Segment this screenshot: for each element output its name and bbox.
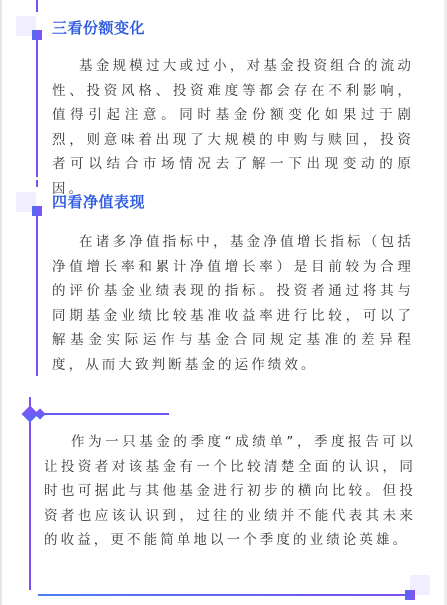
box-top-line — [44, 413, 169, 415]
heading-marker-accent — [32, 30, 42, 40]
section-body: 基金规模过大或过小，对基金投资组合的流动性、投资风格、投资难度等都会存在不利影响… — [52, 54, 414, 201]
section-heading: 四看净值表现 — [52, 192, 145, 212]
left-edge — [0, 0, 2, 605]
corner-accent — [405, 590, 415, 600]
conclusion-body: 作为一只基金的季度“成绩单”，季度报告可以让投资者对该基金有一个比较清楚全面的认… — [44, 430, 416, 553]
timeline-line — [36, 180, 38, 187]
section-body: 在诸多净值指标中，基金净值增长指标（包括净值增长率和累计净值增长率）是目前较为合… — [52, 230, 414, 377]
heading-marker-accent — [32, 206, 42, 216]
section-heading: 三看份额变化 — [52, 18, 145, 38]
box-left-line — [29, 397, 31, 590]
box-bottom-line — [38, 594, 406, 596]
timeline-line — [36, 216, 38, 376]
timeline-line — [36, 0, 38, 12]
timeline-line — [36, 40, 38, 177]
